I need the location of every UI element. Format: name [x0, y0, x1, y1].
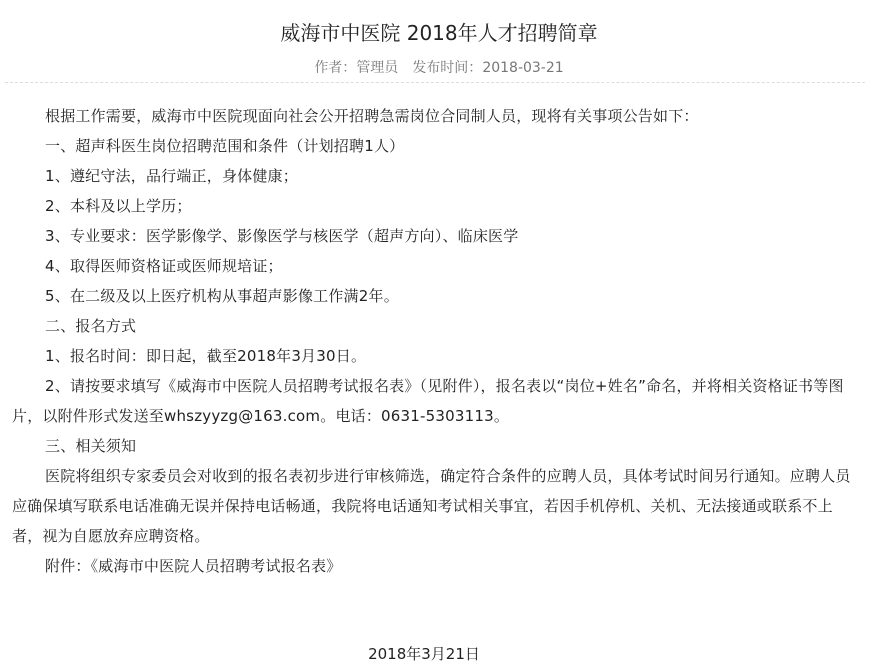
notice-paragraph: 医院将组织专家委员会对收到的报名表初步进行审核筛选，确定符合条件的应聘人员，具体…	[12, 461, 862, 551]
title-divider	[5, 82, 865, 83]
article-meta: 作者：管理员发布时间：2018-03-21	[0, 57, 878, 79]
intro-paragraph: 根据工作需要，威海市中医院现面向社会公开招聘急需岗位合同制人员，现将有关事项公告…	[12, 101, 862, 131]
section-heading: 二、报名方式	[12, 311, 862, 341]
author-label: 作者：	[314, 60, 356, 76]
article-title: 威海市中医院 2018年人才招聘简章	[0, 18, 878, 48]
published-date: 2018-03-21	[482, 60, 563, 76]
application-item: 1、报名时间：即日起，截至2018年3月30日。	[12, 341, 862, 371]
requirement-item: 3、专业要求：医学影像学、影像医学与核医学（超声方向）、临床医学	[12, 221, 862, 251]
section-heading: 三、相关须知	[12, 431, 862, 461]
article-body: 根据工作需要，威海市中医院现面向社会公开招聘急需岗位合同制人员，现将有关事项公告…	[12, 101, 862, 581]
author-name: 管理员	[356, 60, 398, 76]
requirement-item: 1、遵纪守法，品行端正，身体健康；	[12, 161, 862, 191]
application-item: 2、请按要求填写《威海市中医院人员招聘考试报名表》（见附件），报名表以“岗位+姓…	[12, 371, 862, 431]
requirement-item: 5、在二级及以上医疗机构从事超声影像工作满2年。	[12, 281, 862, 311]
requirement-item: 2、本科及以上学历；	[12, 191, 862, 221]
published-label: 发布时间：	[412, 60, 482, 76]
attachment-line: 附件：《威海市中医院人员招聘考试报名表》	[12, 551, 862, 581]
signature-date: 2018年3月21日	[0, 642, 848, 666]
requirement-item: 4、取得医师资格证或医师规培证；	[12, 251, 862, 281]
section-heading: 一、超声科医生岗位招聘范围和条件（计划招聘1人）	[12, 131, 862, 161]
